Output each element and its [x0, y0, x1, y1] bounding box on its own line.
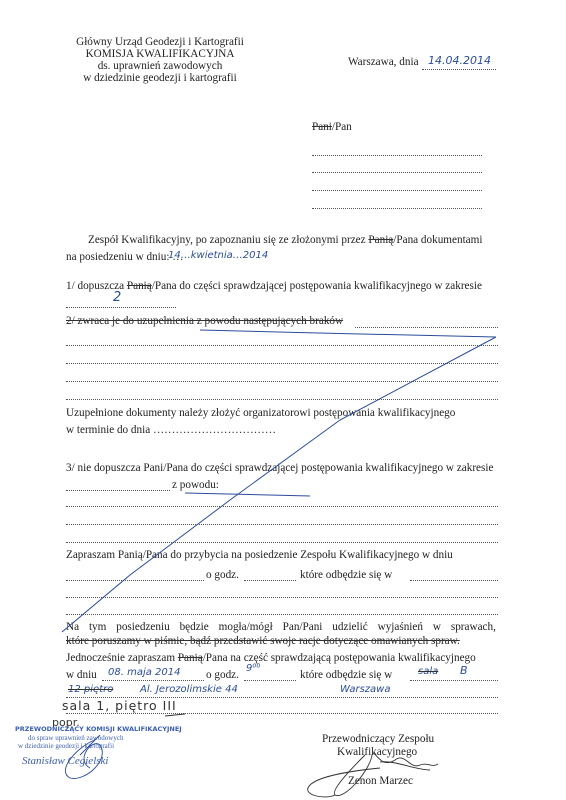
dotted-line [244, 680, 296, 681]
section2-followup2: w terminie do dnia …………………………… [66, 424, 276, 437]
dotted-line [410, 580, 498, 581]
time-label: o godz. [206, 569, 239, 582]
section2-followup1: Uzupełnione dokumenty należy złożyć orga… [66, 407, 455, 420]
place-label: które odbędzie się w [300, 569, 392, 582]
meeting-note-line1: Natymposiedzeniubędziemogła/mógłPan/Pani… [66, 621, 496, 634]
city-handwritten: Warszawa [340, 683, 390, 696]
stamp-name: Stanisław Cegielski [22, 755, 108, 768]
dotted-line [66, 713, 498, 714]
exam-time-label: o godz. [206, 669, 239, 682]
dotted-line [355, 327, 498, 328]
exam-date-label: w dniu [66, 669, 97, 682]
cancel-stroke-icon [62, 330, 496, 632]
intro-line1: Zespół Kwalifikacyjny, po zapoznaniu się… [88, 234, 482, 247]
dotted-line [66, 363, 498, 364]
dotted-line [410, 680, 498, 681]
exam-place-letter: B [460, 664, 468, 677]
address-line[interactable] [312, 208, 482, 209]
exam-invitation-line1: Jednocześnie zapraszam Panią/Pana na czę… [66, 652, 476, 665]
address-handwritten: Al. Jerozolimskie 44 [140, 683, 238, 696]
signature-title2: Kwalifikacyjnego [337, 746, 417, 759]
date-handwritten: 14.04.2014 [428, 54, 491, 67]
dotted-line [244, 580, 296, 581]
place-date-label: Warszawa, dnia [348, 56, 419, 69]
exam-time-handwritten: 9⁰⁰ [246, 662, 260, 675]
room-handwritten: sala 1, piętro III [62, 699, 177, 712]
dotted-line [66, 399, 498, 400]
dotted-line [66, 542, 498, 543]
dotted-line [102, 680, 204, 681]
invitation-line1: Zapraszam Panią/Pana do przybycia na pos… [66, 549, 453, 562]
signature-title1: Przewodniczący Zespołu [322, 733, 434, 746]
date-dots [422, 69, 496, 70]
address-line[interactable] [312, 155, 482, 156]
dotted-line [66, 524, 498, 525]
section3-text: 3/ nie dopuszcza Pani/Pana do części spr… [66, 462, 493, 475]
intro-line2-label: na posiedzeniu w dniu: … [66, 251, 183, 264]
dotted-line [66, 506, 498, 507]
stamp-line3: w dziedzinie geodezji i kartografii [18, 740, 114, 753]
dotted-line [66, 345, 498, 346]
address-line[interactable] [312, 190, 482, 191]
dotted-line [66, 381, 498, 382]
dotted-line [66, 490, 170, 491]
meeting-date-handwritten: 14…kwietnia…2014 [168, 249, 268, 262]
section1-text: 1/ dopuszcza Panią/Pana do części sprawd… [66, 280, 482, 293]
institution-line: w dziedzinie geodezji i kartografii [60, 72, 260, 85]
salutation: Pani/Pan [312, 121, 352, 134]
dotted-line [66, 580, 204, 581]
section2-struck-text: 2/ zwraca je do uzupełnienia z powodu na… [66, 315, 343, 328]
dotted-line [66, 614, 498, 615]
signature-name: Zenon Marzec [348, 775, 413, 788]
scope-dots [66, 307, 176, 308]
dotted-line [66, 597, 498, 598]
scope-handwritten: 2 [113, 291, 121, 304]
address-line[interactable] [312, 172, 482, 173]
exam-place-struck: sala [418, 665, 438, 678]
exam-place-label: które odbędzie się w [300, 669, 392, 682]
exam-date-handwritten: 08. maja 2014 [108, 666, 181, 679]
section3-reason-label: z powodu: [172, 479, 219, 492]
meeting-note-struck: które poruszamy w piśmie, bądź przedstaw… [66, 635, 460, 648]
address-struck: 12 piętro [68, 683, 113, 696]
